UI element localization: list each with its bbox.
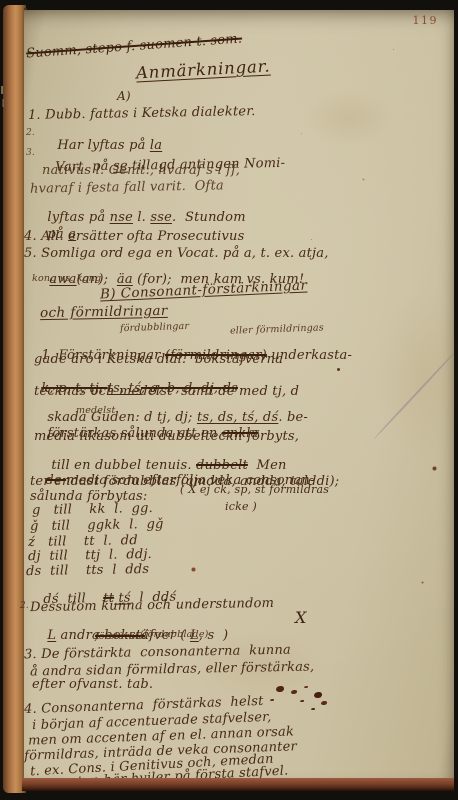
paper-stain xyxy=(374,290,458,460)
note-line: gade äro i Ketska dial. bokstäfverna xyxy=(34,353,283,366)
note-line: 4. All. ersätter ofta Prosecutivus xyxy=(24,230,244,243)
text-fragment: l. xyxy=(133,210,150,225)
list-item: ǧ till ggkk l. gǧ xyxy=(30,518,164,533)
marginal-number: 3. xyxy=(26,149,35,158)
note-line: efter ofvanst. tab. xyxy=(32,678,153,691)
interlinear-note: kong vs. kong xyxy=(32,274,101,284)
interlinear-note: förstärkta xyxy=(95,632,145,642)
marginal-number: 2. xyxy=(26,129,35,138)
page-title: Anmärkningar. xyxy=(136,58,271,82)
interlinear-note: fördubblingar xyxy=(120,322,190,334)
note-line: tecknas och medelst samt de med tj, d xyxy=(34,385,299,398)
note-line: hvaraf i festa fall varit. Ofta xyxy=(30,179,224,195)
text-fragment: . Stundom xyxy=(172,210,246,225)
scanned-manuscript-photo: { "page_number": "119", "colors": { "pap… xyxy=(0,0,458,800)
underlined-word: nse xyxy=(110,210,133,225)
margin-annotation: icke ) xyxy=(225,501,257,512)
margin-annotation: ( X ej ck, sp, st förmildras xyxy=(180,484,329,495)
underlined-word: L xyxy=(47,628,56,643)
note-line: 5. Somliga ord ega en Vocat. på a, t. ex… xyxy=(24,247,329,260)
page-number: 119 xyxy=(413,14,439,27)
text-fragment: . be- xyxy=(278,410,308,425)
list-item: g till kk l. gg. xyxy=(32,502,153,517)
marginal-number: 2. xyxy=(20,602,29,611)
note-line: Dessutom kunna och understundom xyxy=(30,597,274,614)
manuscript-page: 119 Suomm, stepo f. suomen t. som. Anmär… xyxy=(24,10,454,778)
section-b-heading: och förmildringar xyxy=(40,305,168,321)
note-line: nativus l. Genit., hvaraf s i ff, xyxy=(42,164,240,177)
list-item: ds till tts l dds xyxy=(26,563,149,578)
paper-stain xyxy=(304,90,394,145)
page-bottom-edges xyxy=(22,778,454,791)
list-item: dj till ttj l. ddj. xyxy=(28,548,152,563)
interlinear-note: (fördubblade) xyxy=(140,630,209,640)
underlined-word: sse xyxy=(150,210,172,225)
paper-speck-group xyxy=(24,10,27,13)
book-spine xyxy=(3,5,26,793)
interlinear-note: eller förmildringas xyxy=(230,323,324,336)
note-line: 1. Dubb. fattas i Ketska dialekter. xyxy=(28,105,256,122)
note-line: media likasom uti dubbelteckn förbyts, xyxy=(34,430,299,443)
section-label-a: A) xyxy=(117,90,131,102)
struck-note-line: Suomm, stepo f. suomen t. som. xyxy=(26,32,243,60)
margin-x-mark: X xyxy=(295,610,307,626)
spine-page-edge-marks xyxy=(1,86,3,94)
